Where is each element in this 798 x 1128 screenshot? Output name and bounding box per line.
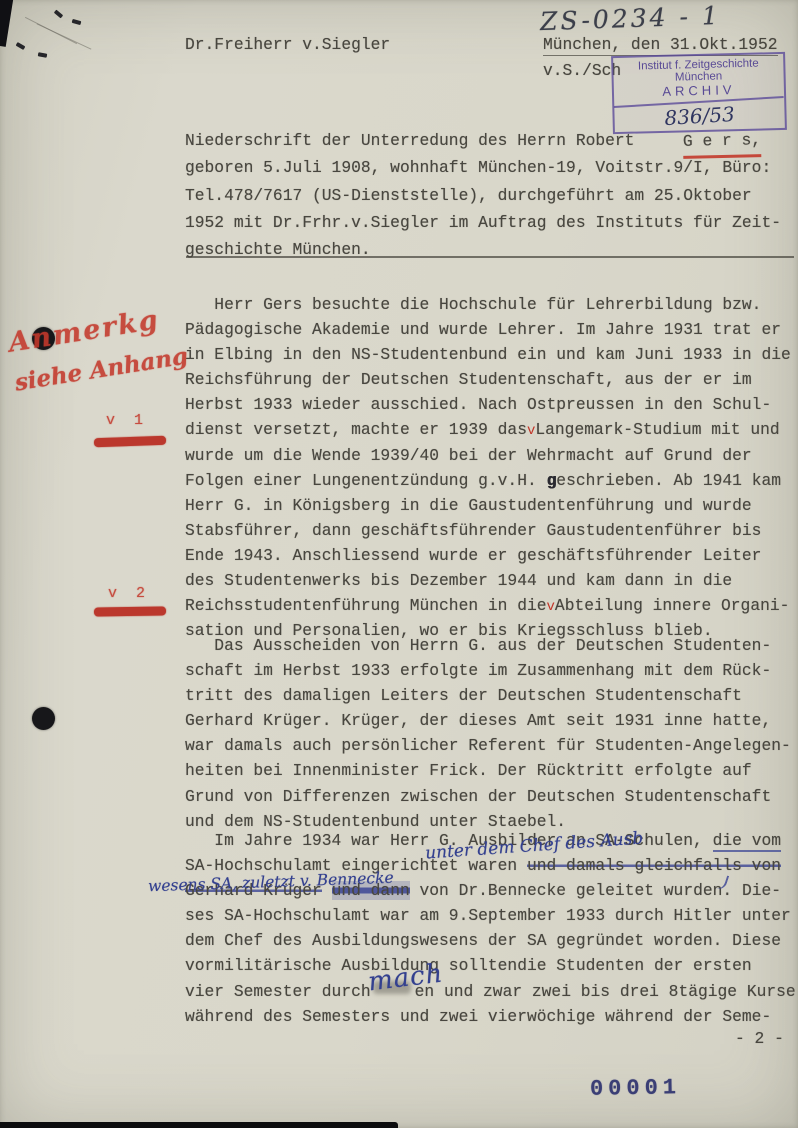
body-text: Langemark-Studium mit und xyxy=(535,420,779,439)
body-line: Herr G. in Königsberg in die Gaustudente… xyxy=(185,493,798,518)
paragraph-2: Das Ausscheiden von Herrn G. aus der Deu… xyxy=(185,633,798,834)
title-line: 1952 mit Dr.Frhr.v.Siegler im Auftrag de… xyxy=(185,209,798,236)
body-line: während des Semesters und zwei vierwöchi… xyxy=(185,1004,798,1029)
dateline: München, den 31.Okt.1952 xyxy=(543,35,778,54)
struck-through-text: und damals gleichfalls von xyxy=(527,856,781,875)
body-text: Reichsstudentenführung München in die xyxy=(185,596,547,615)
overtyped-correction: mach xyxy=(371,980,415,996)
document-title-block: Niederschrift der Unterredung des Herrn … xyxy=(185,127,798,263)
page-corner-shadow xyxy=(0,0,14,47)
body-line: Folgen einer Lungenentzündung g.v.H. ges… xyxy=(185,468,798,493)
interviewee-name-underlined: G e r s, xyxy=(683,126,762,159)
body-line: Das Ausscheiden von Herrn G. aus der Deu… xyxy=(185,633,798,658)
body-text: dienst versetzt, machte er 1939 das xyxy=(185,420,527,439)
title-line: geschichte München. xyxy=(185,236,798,263)
body-line: vier Semester durchmachen und zwar zwei … xyxy=(185,979,798,1004)
overtyped-letter: g xyxy=(547,471,557,490)
body-line: heiten bei Innenminister Frick. Der Rück… xyxy=(185,758,798,783)
red-margin-dash xyxy=(94,606,166,616)
body-line: Pädagogische Akademie und wurde Lehrer. … xyxy=(185,317,798,342)
body-line: schaft im Herbst 1933 erfolgte im Zusamm… xyxy=(185,658,798,683)
staple-mark xyxy=(16,42,26,50)
body-line: wurde um die Wende 1939/40 bei der Wehrm… xyxy=(185,443,798,468)
body-line: in Elbing in den NS-Studentenbund ein un… xyxy=(185,342,798,367)
page-bottom-edge-shadow xyxy=(0,1122,398,1128)
body-text: vier Semester durch xyxy=(185,982,371,1001)
body-line: des Studentenwerks bis Dezember 1944 und… xyxy=(185,568,798,593)
margin-mark-v2: v 2 xyxy=(108,585,150,602)
body-line: tritt des damaligen Leiters der Deutsche… xyxy=(185,683,798,708)
body-text: en und zwar zwei bis drei 8tägige Kurse xyxy=(415,982,796,1001)
body-line: Herbst 1933 wieder ausschied. Nach Ostpr… xyxy=(185,392,798,417)
separator-rule xyxy=(186,256,794,258)
red-margin-dash xyxy=(94,436,166,448)
hole-punch xyxy=(32,707,55,730)
body-text: Folgen einer Lungenentzündung g.v.H. xyxy=(185,471,547,490)
staple-mark xyxy=(54,10,63,19)
body-line: dem Chef des Ausbildungswesens der SA ge… xyxy=(185,928,798,953)
body-text: eschrieben. Ab 1941 kam xyxy=(556,471,781,490)
archive-stamp: Institut f. Zeitgeschichte München ARCHI… xyxy=(611,52,787,134)
paragraph-1: Herr Gers besuchte die Hochschule für Le… xyxy=(185,292,798,643)
body-line: vormilitärische Ausbildung solltendie St… xyxy=(185,953,798,978)
red-insert-caret: v xyxy=(547,599,555,615)
author-name: Dr.Freiherr v.Siegler xyxy=(185,35,390,54)
body-line: Reichsführung der Deutschen Studentensch… xyxy=(185,367,798,392)
body-line: Ende 1943. Anschliessend wurde er geschä… xyxy=(185,543,798,568)
body-line: war damals auch persönlicher Referent fü… xyxy=(185,733,798,758)
staple-mark xyxy=(38,52,48,58)
title-text: Niederschrift der Unterredung des Herrn … xyxy=(185,131,683,150)
body-text: Abteilung innere Organi- xyxy=(555,596,790,615)
staple-mark xyxy=(72,19,82,25)
title-line: Niederschrift der Unterredung des Herrn … xyxy=(185,127,798,154)
scanned-document-page: ZS-0234 - 1 Dr.Freiherr v.Siegler Münche… xyxy=(0,0,798,1128)
margin-mark-v1: v 1 xyxy=(106,412,148,429)
body-line: Grund von Differenzen zwischen der Deuts… xyxy=(185,784,798,809)
blue-underlined-text: die vom xyxy=(713,831,781,852)
body-line: Stabsführer, dann geschäftsführender Gau… xyxy=(185,518,798,543)
page-number: - 2 - xyxy=(735,1029,784,1048)
scratch-line xyxy=(37,23,92,49)
archive-number-handwritten: ZS-0234 - 1 xyxy=(540,1,722,36)
body-line: Reichsstudentenführung München in dievAb… xyxy=(185,593,798,618)
body-line: dienst versetzt, machte er 1939 dasvLang… xyxy=(185,417,798,442)
reference-initials: v.S./Sch xyxy=(543,61,621,80)
body-line: Herr Gers besuchte die Hochschule für Le… xyxy=(185,292,798,317)
scan-number-stamp: 00001 xyxy=(590,1075,681,1102)
body-line: ses SA-Hochschulamt war am 9.September 1… xyxy=(185,903,798,928)
title-line: Tel.478/7617 (US-Dienststelle), durchgef… xyxy=(185,182,798,209)
body-line: Gerhard Krüger. Krüger, der dieses Amt s… xyxy=(185,708,798,733)
